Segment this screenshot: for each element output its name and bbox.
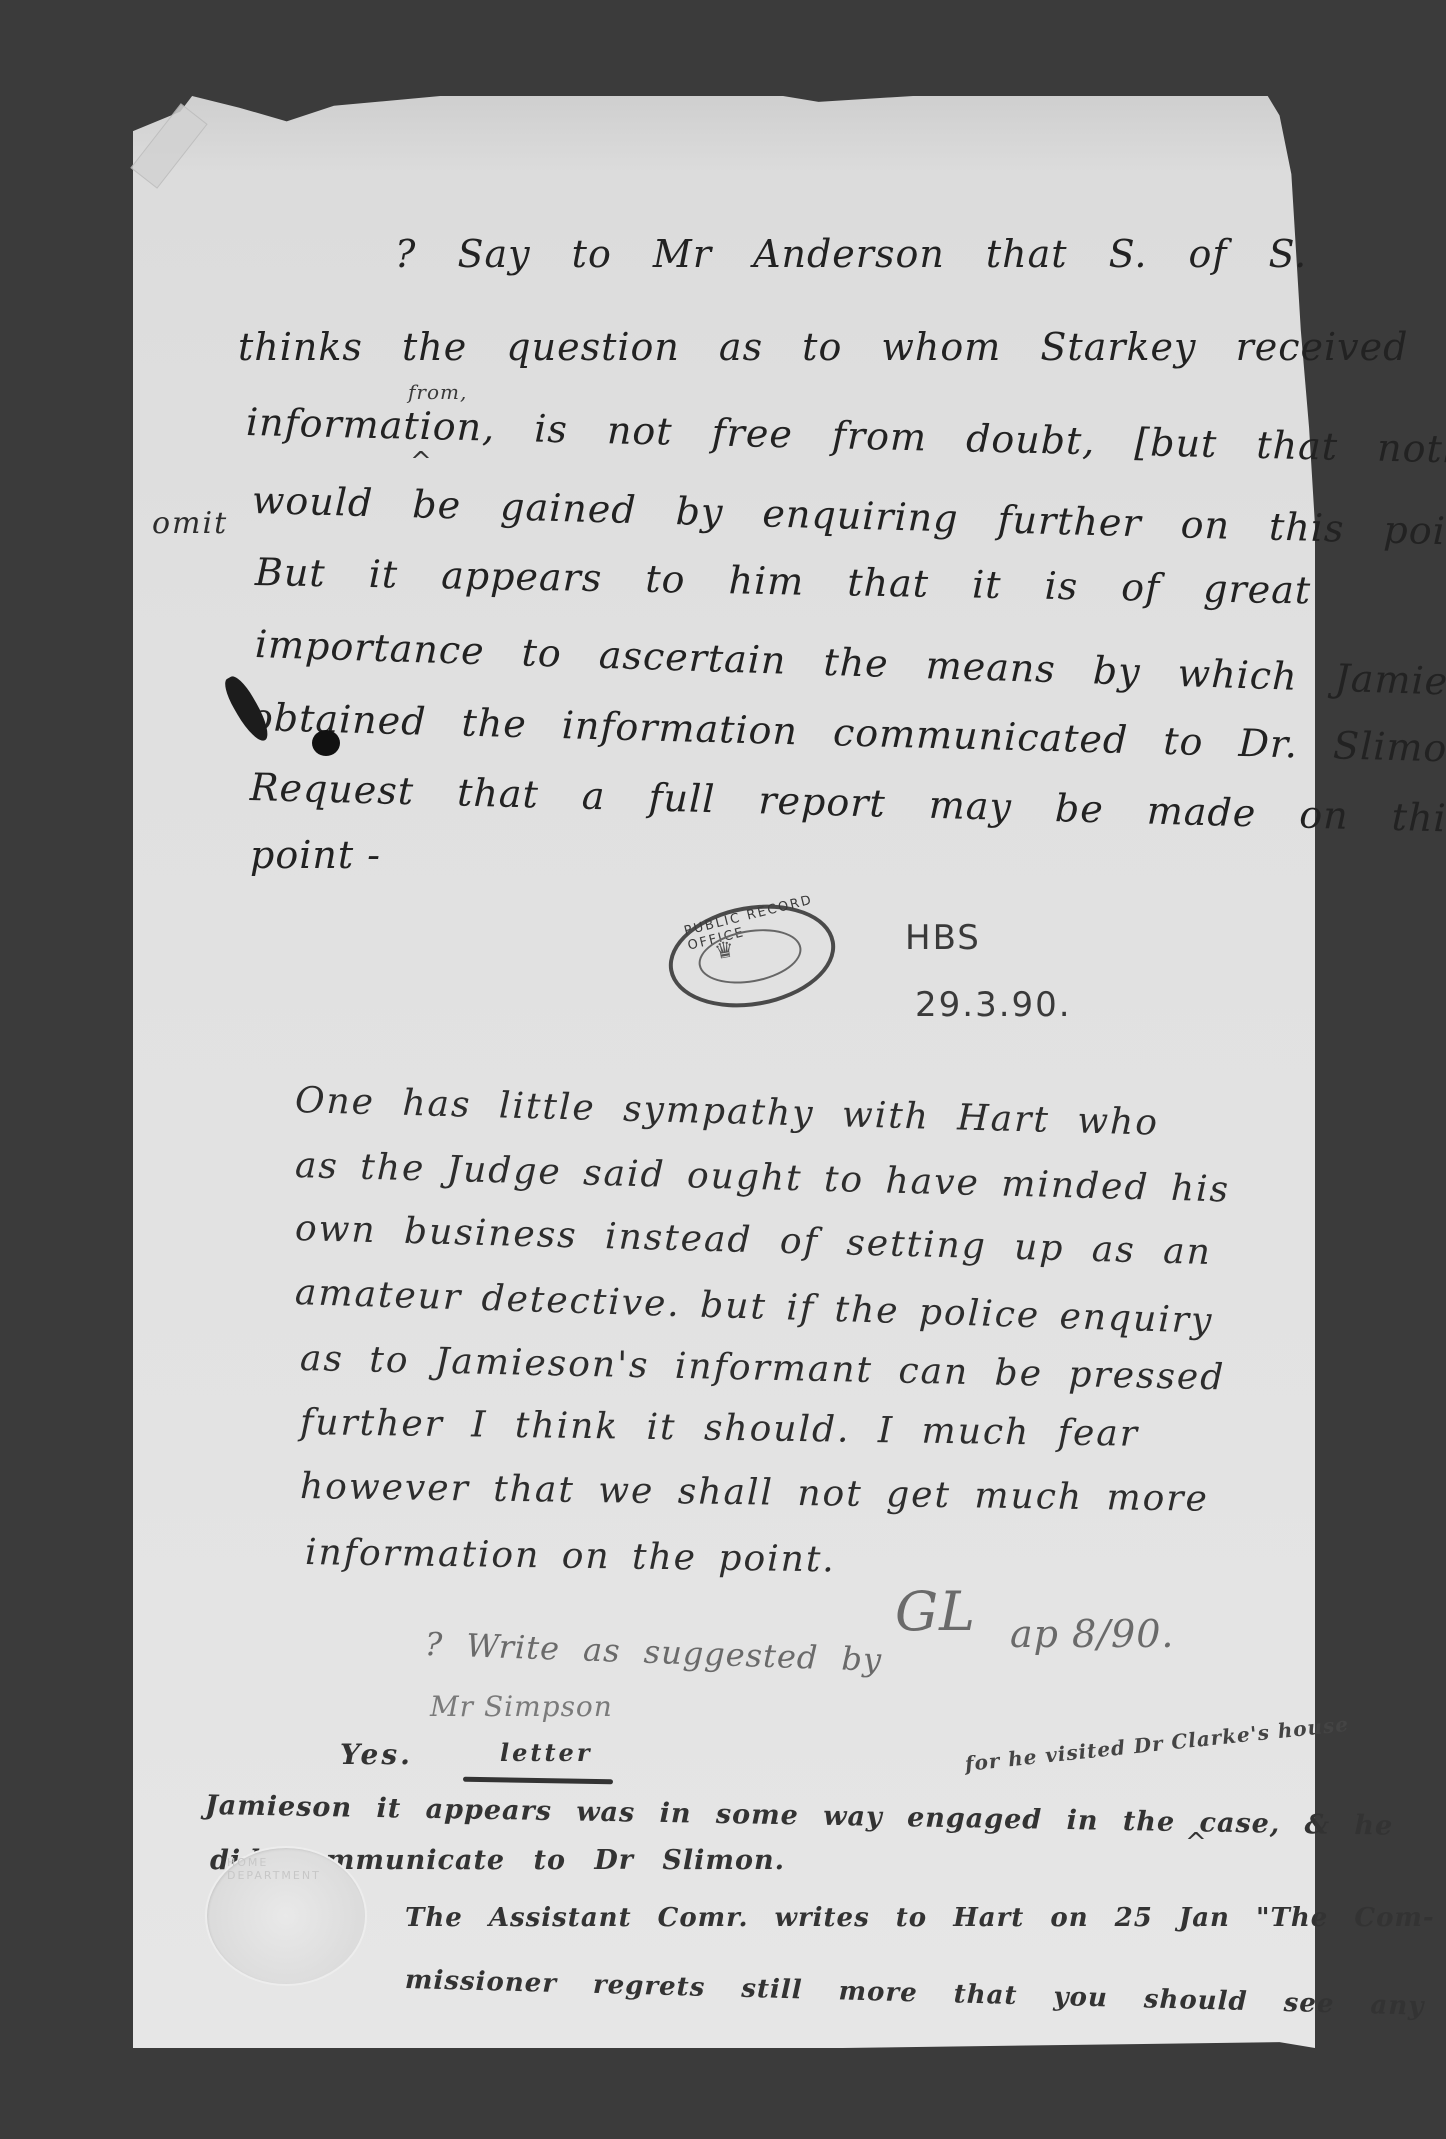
minute-1-line-9: point - (250, 833, 381, 877)
minute-1-initials: HBS (905, 918, 981, 958)
annotation-yes: Yes. (340, 1738, 413, 1771)
minute-5-line-1: The Assistant Comr. writes to Hart on 25… (405, 1903, 1435, 1933)
interlinear-insert-from: from, (408, 380, 467, 404)
embossed-seal: HOME DEPARTMENT (205, 1846, 367, 1986)
insert-caret-2: ^ (1185, 1828, 1207, 1858)
annotation-letter: letter (500, 1738, 592, 1767)
crown-icon: ♛ (713, 937, 737, 965)
margin-note-omit: omit (152, 506, 228, 541)
insert-caret: ^ (410, 447, 432, 477)
minute-1-line-1: ? Say to Mr Anderson that S. of S. (395, 232, 1307, 276)
minute-1-date: 29.3.90. (915, 985, 1072, 1025)
minute-3-line-2: Mr Simpson (430, 1690, 613, 1723)
minute-1-line-2: thinks the question as to whom Starkey r… (238, 325, 1446, 369)
minute-2-line-8: information on the point. (305, 1532, 836, 1580)
minute-2-date: ap 8/90. (1010, 1612, 1174, 1656)
ink-blot-drop (312, 730, 340, 756)
minute-2-initials: GL (895, 1580, 976, 1643)
seal-text: HOME DEPARTMENT (227, 1856, 365, 1882)
